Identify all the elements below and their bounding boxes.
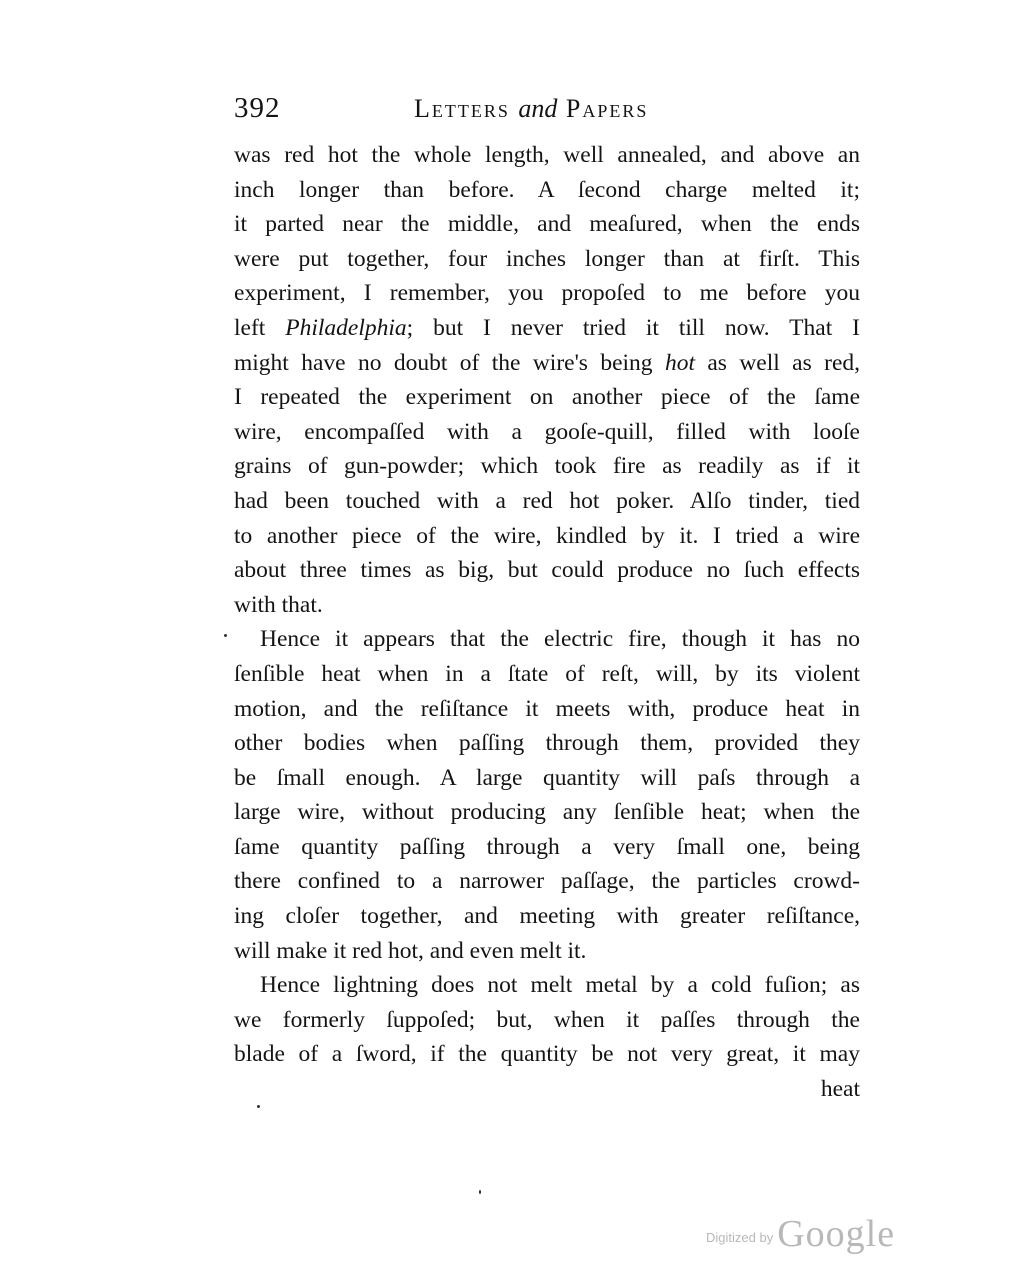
text-run: left: [234, 315, 285, 341]
paragraph-2: Hence it appears that the electric fire,…: [234, 622, 860, 968]
scan-speck: [479, 1190, 481, 1194]
text-line: with that.: [234, 588, 860, 623]
scan-speck: [224, 634, 227, 637]
text-line: ſame quantity paſſing through a very ſma…: [234, 830, 860, 865]
running-title-part1: Letters: [414, 94, 510, 123]
running-head: 392 Letters and Papers: [234, 92, 860, 132]
text-run: might have no doubt of the wire's being: [234, 350, 665, 376]
text-line: will make it red hot, and even melt it.: [234, 934, 860, 969]
book-page: 392 Letters and Papers was red hot the w…: [0, 0, 1014, 1282]
italic-emphasis: hot: [665, 350, 695, 376]
text-run: ; but I never tried it till now. That I: [407, 315, 860, 341]
scan-speck: [257, 1105, 260, 1108]
text-line: about three times as big, but could prod…: [234, 553, 860, 588]
italic-place-name: Philadelphia: [285, 315, 406, 341]
text-line: experiment, I remember, you propoſed to …: [234, 276, 860, 311]
text-line: grains of gun-powder; which took fire as…: [234, 449, 860, 484]
running-title-part2: Papers: [566, 94, 648, 123]
text-line: it parted near the middle, and meaſured,…: [234, 207, 860, 242]
running-title-connector: and: [518, 94, 557, 123]
text-line: Hence it appears that the electric fire,…: [234, 622, 860, 657]
text-line: left Philadelphia; but I never tried it …: [234, 311, 860, 346]
text-line: motion, and the reſiſtance it meets with…: [234, 692, 860, 727]
text-line: I repeated the experiment on another pie…: [234, 380, 860, 415]
body-text: was red hot the whole length, well annea…: [234, 138, 860, 1107]
text-line: there confined to a narrower paſſage, th…: [234, 864, 860, 899]
page-number: 392: [234, 92, 281, 125]
digitized-by-google-watermark: Digitized by Google: [706, 1212, 895, 1256]
text-line: to another piece of the wire, kindled by…: [234, 519, 860, 554]
paragraph-3: Hence lightning does not melt metal by a…: [234, 968, 860, 1072]
text-line: be ſmall enough. A large quantity will p…: [234, 761, 860, 796]
text-line: blade of a ſword, if the quantity be not…: [234, 1037, 860, 1072]
text-line: might have no doubt of the wire's being …: [234, 346, 860, 381]
text-run: as well as red,: [695, 350, 860, 376]
text-line: large wire, without producing any ſenſib…: [234, 795, 860, 830]
text-line: wire, encompaſſed with a gooſe-quill, fi…: [234, 415, 860, 450]
watermark-prefix: Digitized by: [706, 1230, 773, 1245]
text-line: other bodies when paſſing through them, …: [234, 726, 860, 761]
text-line: were put together, four inches longer th…: [234, 242, 860, 277]
text-line: we formerly ſuppoſed; but, when it paſſe…: [234, 1003, 860, 1038]
catchword: heat: [234, 1072, 860, 1107]
text-line: was red hot the whole length, well annea…: [234, 138, 860, 173]
google-logo-text: Google: [777, 1213, 895, 1255]
running-title: Letters and Papers: [414, 94, 648, 124]
text-line: inch longer than before. A ſecond charge…: [234, 173, 860, 208]
text-line: had been touched with a red hot poker. A…: [234, 484, 860, 519]
paragraph-1: was red hot the whole length, well annea…: [234, 138, 860, 622]
text-line: ſenſible heat when in a ſtate of reſt, w…: [234, 657, 860, 692]
text-line: ing cloſer together, and meeting with gr…: [234, 899, 860, 934]
text-line: Hence lightning does not melt metal by a…: [234, 968, 860, 1003]
